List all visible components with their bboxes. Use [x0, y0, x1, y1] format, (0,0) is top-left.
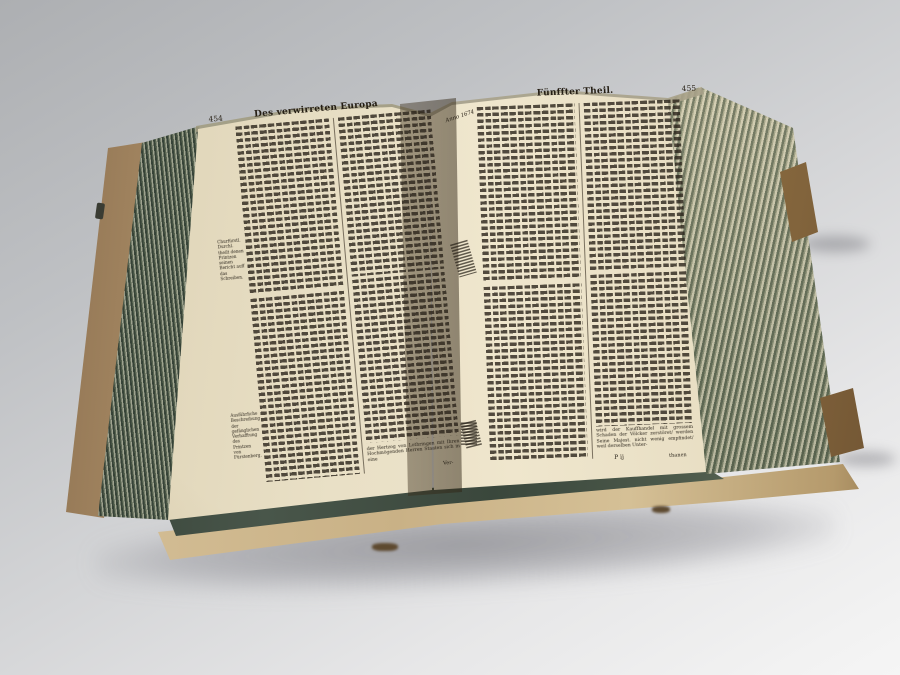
- right-column-2-text: [584, 99, 687, 271]
- right-page-number: 455: [682, 84, 697, 94]
- right-column-2-text: [590, 271, 693, 427]
- inner-margin-note: [460, 420, 482, 449]
- right-page-last-lines: wird der Kauffhandel mit grossem Schaden…: [596, 425, 694, 450]
- margin-note: Ausführliche Beschreibung der gefänglich…: [230, 411, 260, 460]
- right-column-1-text: [484, 283, 589, 463]
- left-column-1-text: [235, 118, 343, 296]
- left-column-2-text: [352, 272, 459, 443]
- photo-antique-open-book: 454 Des verwirreten Europa Churfürstl. D…: [0, 0, 900, 675]
- cover-damage-mark: [652, 506, 670, 513]
- cover-damage-mark: [372, 543, 398, 551]
- left-catchword: Ver-: [443, 460, 454, 467]
- left-page-content: 454 Des verwirreten Europa Churfürstl. D…: [206, 95, 460, 509]
- margin-note: Churfürstl. Durchl. theilt denen Printze…: [217, 237, 247, 281]
- left-column-2-text: [338, 109, 445, 276]
- left-column-1-text: [250, 291, 360, 482]
- right-column-1-text: [477, 103, 582, 283]
- right-page-content: Fünffter Theil. 455 Anno 1674 wird der K…: [450, 82, 715, 487]
- right-catchword: thanen: [669, 452, 687, 459]
- signature-mark: P ij: [614, 454, 624, 461]
